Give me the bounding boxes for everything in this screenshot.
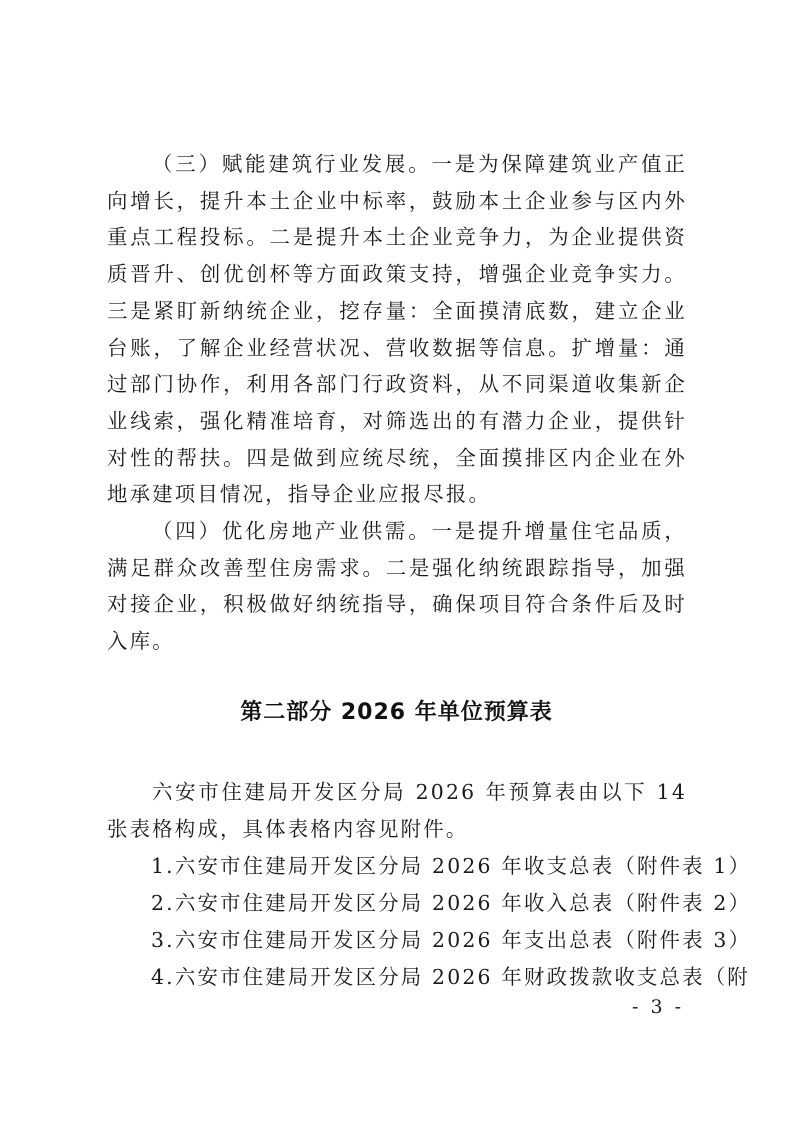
- page-number: - 3 -: [632, 996, 684, 1018]
- paragraph-section-3: （三）赋能建筑行业发展。一是为保障建筑业产值正向增长，提升本土企业中标率，鼓励本…: [107, 146, 687, 513]
- table-list-item: 2.六安市住建局开发区分局 2026 年收入总表（附件表 2）: [151, 885, 691, 922]
- intro-paragraph: 六安市住建局开发区分局 2026 年预算表由以下 14 张表格构成，具体表格内容…: [107, 774, 687, 847]
- table-list-item: 4.六安市住建局开发区分局 2026 年财政拨款收支总表（附: [151, 959, 691, 996]
- document-page: （三）赋能建筑行业发展。一是为保障建筑业产值正向增长，提升本土企业中标率，鼓励本…: [0, 0, 793, 1122]
- table-list-item: 3.六安市住建局开发区分局 2026 年支出总表（附件表 3）: [151, 922, 691, 959]
- table-list-item: 1.六安市住建局开发区分局 2026 年收支总表（附件表 1）: [151, 848, 691, 885]
- paragraph-section-4: （四）优化房地产业供需。一是提升增量住宅品质，满足群众改善型住房需求。二是强化纳…: [107, 513, 687, 660]
- part-heading: 第二部分 2026 年单位预算表: [0, 695, 793, 726]
